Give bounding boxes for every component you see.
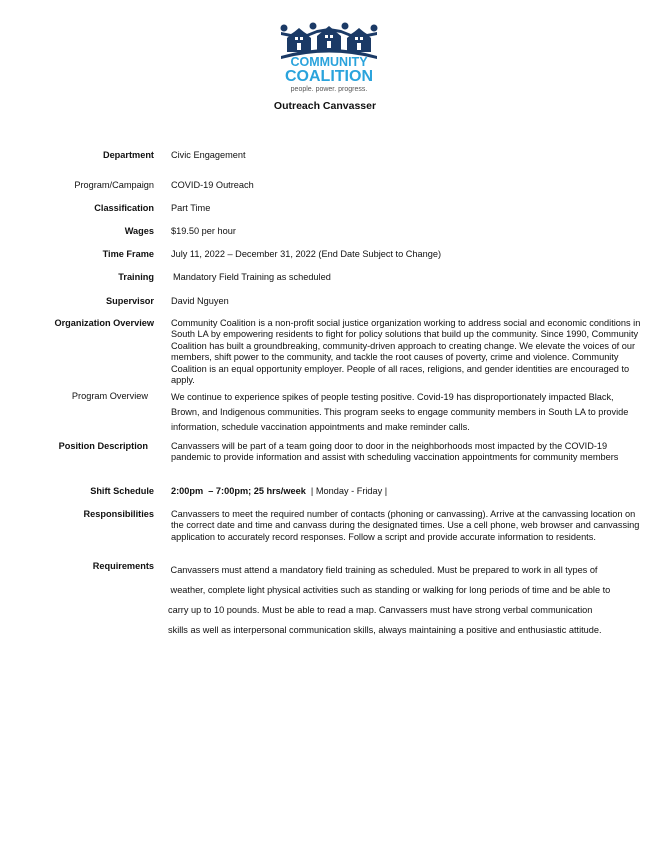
field-label: Shift Schedule xyxy=(90,486,154,497)
field-value: Mandatory Field Training as scheduled xyxy=(173,272,643,283)
field-label: Position Description xyxy=(59,441,148,452)
houses-people-icon xyxy=(279,20,379,60)
field-value: $19.50 per hour xyxy=(171,226,641,237)
field-label: Training xyxy=(118,272,154,283)
field-value: Canvassers to meet the required number o… xyxy=(171,509,641,543)
field-value: July 11, 2022 – December 31, 2022 (End D… xyxy=(171,249,641,260)
requirements-line: carry up to 10 pounds. Must be able to r… xyxy=(168,600,648,620)
field-label: Department xyxy=(103,150,154,161)
field-value: Canvassers must attend a mandatory field… xyxy=(168,560,648,640)
field-label: Program Overview xyxy=(72,391,148,402)
field-value: Canvassers will be part of a team going … xyxy=(171,441,641,464)
shift-hours: 2:00pm – 7:00pm; 25 hrs/week xyxy=(171,486,306,496)
requirements-line: weather, complete light physical activit… xyxy=(168,580,648,600)
shift-days: | Monday - Friday | xyxy=(306,486,387,496)
field-value: 2:00pm – 7:00pm; 25 hrs/week | Monday - … xyxy=(171,486,641,497)
field-value: We continue to experience spikes of peop… xyxy=(171,390,641,435)
field-label: Classification xyxy=(94,203,154,214)
field-value: David Nguyen xyxy=(171,296,641,307)
field-label: Program/Campaign xyxy=(74,180,154,191)
page-title: Outreach Canvasser xyxy=(0,100,650,112)
logo-tagline: people. power. progress. xyxy=(279,86,379,94)
field-value: Part Time xyxy=(171,203,641,214)
field-value: COVID-19 Outreach xyxy=(171,180,641,191)
field-label: Time Frame xyxy=(103,249,154,260)
field-label: Requirements xyxy=(93,561,154,572)
community-coalition-logo: COMMUNITY COALITION people. power. progr… xyxy=(279,20,379,96)
field-value: Community Coalition is a non-profit soci… xyxy=(171,318,641,386)
field-label: Organization Overview xyxy=(54,318,154,329)
field-value: Civic Engagement xyxy=(171,150,641,161)
logo-word-coalition: COALITION xyxy=(279,68,379,85)
field-label: Responsibilities xyxy=(84,509,154,520)
field-label: Wages xyxy=(125,226,154,237)
requirements-line: skills as well as interpersonal communic… xyxy=(168,620,648,640)
field-label: Supervisor xyxy=(106,296,154,307)
requirements-line: Canvassers must attend a mandatory field… xyxy=(168,560,648,580)
